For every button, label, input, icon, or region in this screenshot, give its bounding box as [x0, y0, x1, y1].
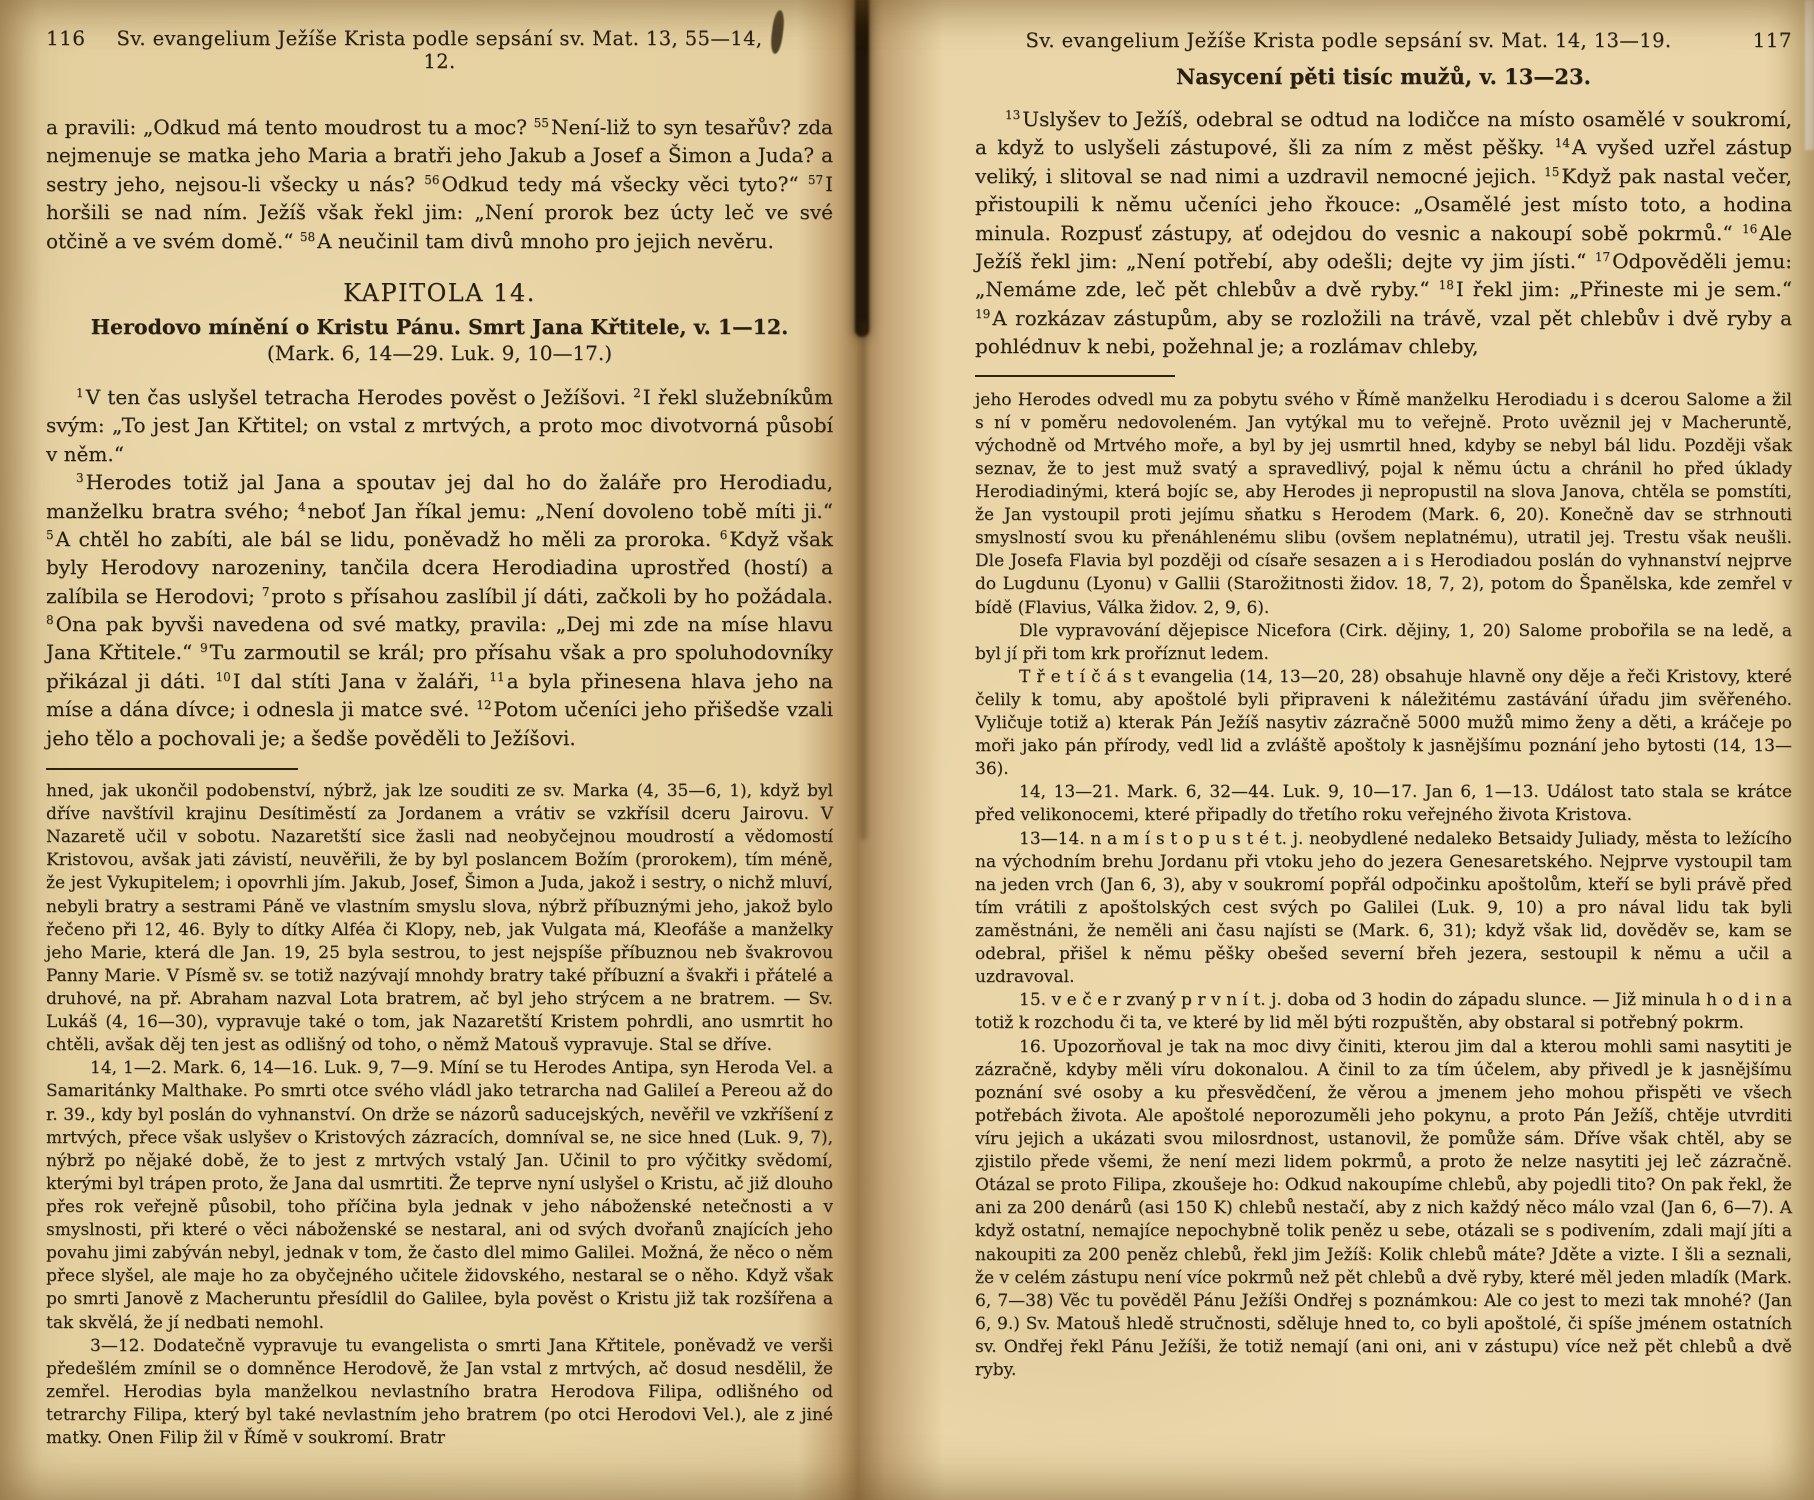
page-116: 116 Sv. evangelium Ježíše Krista podle s… — [0, 0, 845, 1500]
footnote-paragraph: Dle vypravování dějepisce Nicefora (Cirk… — [975, 620, 1792, 666]
footnote-paragraph: 15. v e č e r zvaný p r v n í t. j. doba… — [975, 989, 1792, 1035]
verse-number: 15 — [1544, 165, 1561, 179]
book-gutter-shadow — [860, 320, 867, 840]
book-spine-shadow — [855, 0, 869, 337]
verse-number: 1 — [76, 386, 86, 400]
verse-number: 16 — [1742, 222, 1759, 236]
verse-number: 56 — [424, 173, 441, 187]
book-spread: 116 Sv. evangelium Ježíše Krista podle s… — [0, 0, 1814, 1500]
verse-number: 18 — [1439, 278, 1456, 292]
footnote-paragraph: 13—14. n a m í s t o p u s t é t. j. neo… — [975, 828, 1792, 990]
section-subheading: (Mark. 6, 14—29. Luk. 9, 10—17.) — [46, 341, 833, 365]
page-number: 117 — [1722, 28, 1792, 52]
verse-number: 57 — [808, 173, 825, 187]
page-number: 116 — [46, 26, 116, 50]
verse-number: 9 — [200, 641, 210, 655]
verse-number: 7 — [262, 585, 272, 599]
verse-number: 14 — [1555, 136, 1572, 150]
section-heading: Nasycení pěti tisíc mužů, v. 13—23. — [975, 64, 1792, 89]
section-heading: Herodovo mínění o Kristu Pánu. Smrt Jana… — [46, 315, 833, 339]
verse-number: 6 — [720, 528, 730, 542]
chapter-heading: KAPITOLA 14. — [46, 279, 833, 307]
footnote-paragraph: 16. Upozorňoval je tak na moc divy činit… — [975, 1036, 1792, 1383]
page-body: a pravili: „Odkud má tento moudrost tu a… — [46, 113, 833, 1450]
verse-number: 19 — [975, 307, 992, 321]
page-header: 116 Sv. evangelium Ježíše Krista podle s… — [46, 26, 833, 73]
verse-paragraph: 1V ten čas uslyšel tetracha Herodes pově… — [46, 383, 833, 468]
footnote-paragraph: jeho Herodes odvedl mu za pobytu svého v… — [975, 389, 1792, 620]
verse-paragraph: a pravili: „Odkud má tento moudrost tu a… — [46, 113, 833, 255]
page-body: Nasycení pěti tisíc mužů, v. 13—23.13Usl… — [975, 64, 1792, 1382]
running-title: Sv. evangelium Ježíše Krista podle sepsá… — [116, 27, 763, 73]
footnote-paragraph: T ř e t í č á s t evangelia (14, 13—20, … — [975, 666, 1792, 782]
footnote-paragraph: 14, 1—2. Mark. 6, 14—16. Luk. 9, 7—9. Mí… — [46, 1057, 833, 1334]
verse-number: 13 — [1005, 108, 1022, 122]
verse-number: 17 — [1595, 250, 1612, 264]
running-title: Sv. evangelium Ježíše Krista podle sepsá… — [975, 29, 1722, 52]
footnote-separator — [975, 375, 1175, 377]
verse-number: 2 — [633, 386, 643, 400]
footnote-paragraph: hned, jak ukončil podobenství, nýbrž, ja… — [46, 780, 833, 1057]
verse-number: 10 — [215, 670, 232, 684]
verse-number: 55 — [534, 116, 551, 130]
verse-paragraph: 13Uslyšev to Ježíš, odebral se odtud na … — [975, 105, 1792, 361]
verse-number: 4 — [298, 500, 308, 514]
verse-number: 58 — [300, 230, 317, 244]
verse-number: 5 — [46, 528, 56, 542]
page-header: Sv. evangelium Ježíše Krista podle sepsá… — [975, 28, 1792, 52]
verse-number: 12 — [476, 698, 493, 712]
footnote-paragraph: 3—12. Dodatečně vypravuje tu evangelista… — [46, 1335, 833, 1451]
footnote-separator — [46, 768, 298, 770]
verse-number: 3 — [76, 471, 86, 485]
verse-number: 11 — [489, 670, 506, 684]
verse-number: 8 — [46, 613, 56, 627]
footnote-paragraph: 14, 13—21. Mark. 6, 32—44. Luk. 9, 10—17… — [975, 781, 1792, 827]
page-edge-highlight — [1805, 0, 1814, 150]
page-117: Sv. evangelium Ježíše Krista podle sepsá… — [845, 0, 1814, 1500]
verse-paragraph: 3Herodes totiž jal Jana a spoutav jej da… — [46, 468, 833, 752]
